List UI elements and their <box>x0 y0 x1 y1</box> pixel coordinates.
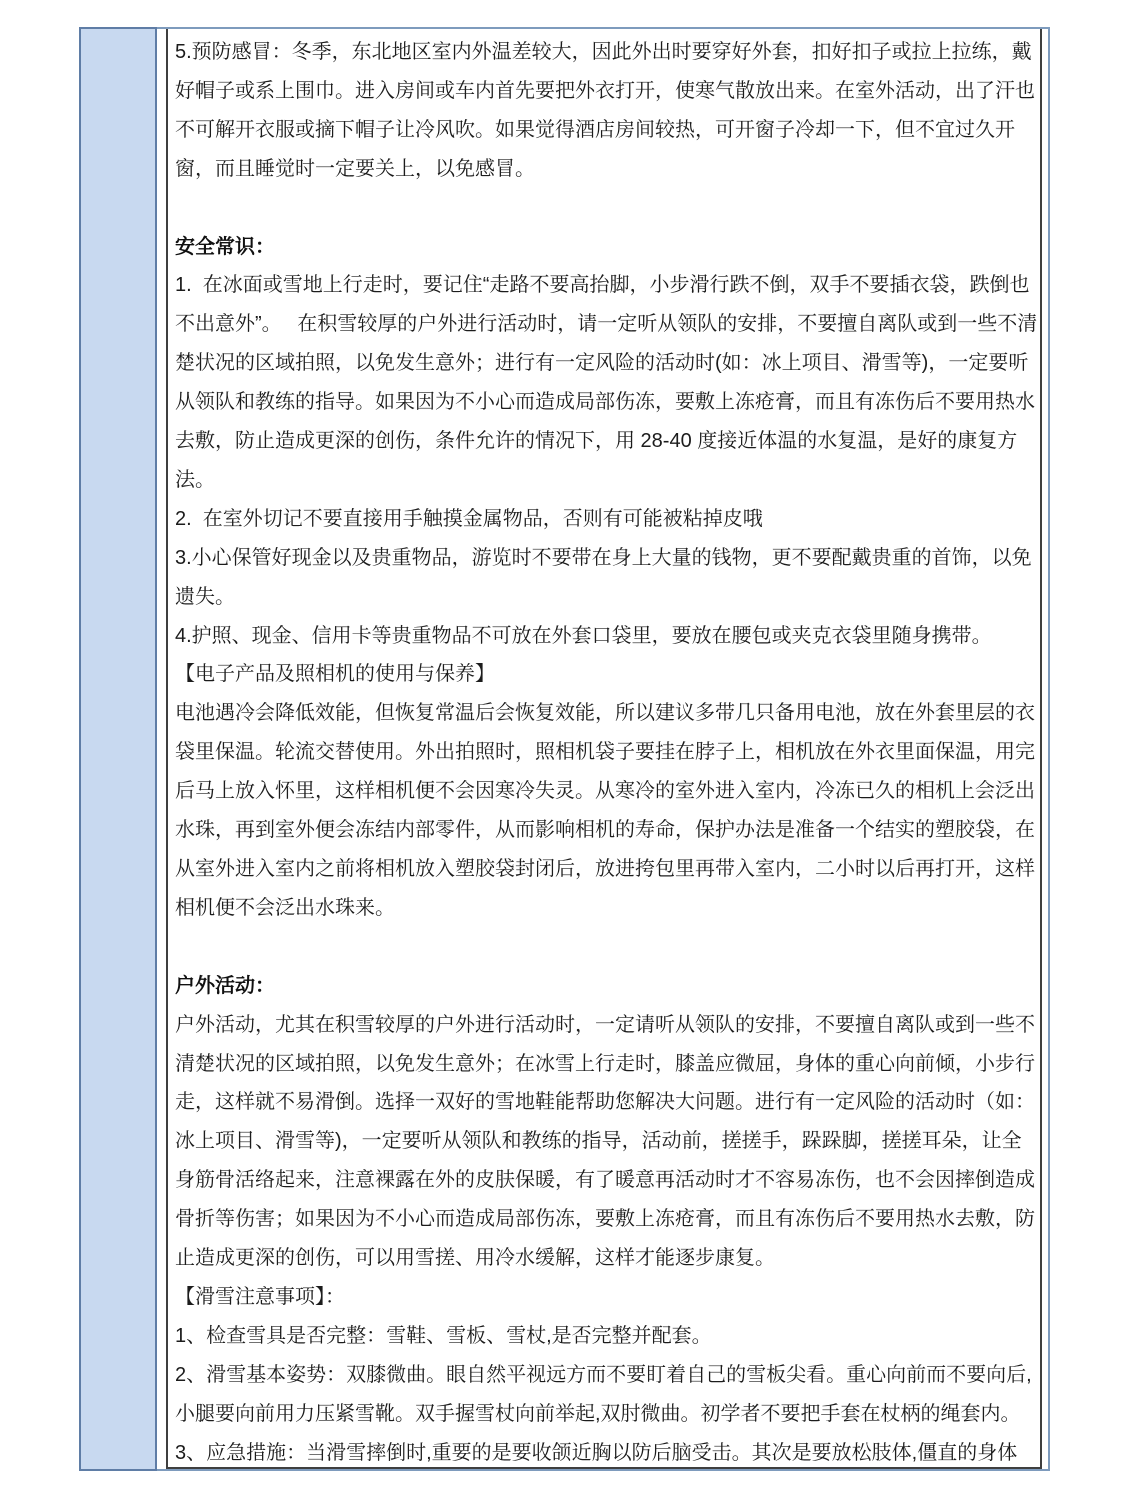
ski-item-3: 3、应急措施：当滑雪摔倒时,重要的是要收颌近胸以防后脑受击。其次是要放松肢体,僵… <box>175 1434 1038 1469</box>
section-heading-safety-knowledge: 安全常识： <box>175 228 1038 267</box>
document-table: 5.预防感冒：冬季，东北地区室内外温差较大，因此外出时要穿好外套，扣好扣子或拉上… <box>79 27 1050 1471</box>
document-page: 5.预防感冒：冬季，东北地区室内外温差较大，因此外出时要穿好外套，扣好扣子或拉上… <box>0 0 1128 1485</box>
ski-item-2: 2、滑雪基本姿势：双膝微曲。眼自然平视远方而不要盯着自己的雪板尖看。重心向前而不… <box>175 1356 1038 1434</box>
paragraph-outdoor-activities: 户外活动，尤其在积雪较厚的户外进行活动时，一定请听从领队的安排，不要擅自离队或到… <box>175 1006 1038 1278</box>
paragraph-cold-prevention: 5.预防感冒：冬季，东北地区室内外温差较大，因此外出时要穿好外套，扣好扣子或拉上… <box>175 33 1038 189</box>
table-content-cell: 5.预防感冒：冬季，东北地区室内外温差较大，因此外出时要穿好外套，扣好扣子或拉上… <box>166 29 1042 1469</box>
paragraph-battery-camera-care: 电池遇冷会降低效能，但恢复常温后会恢复效能，所以建议多带几只备用电池，放在外套里… <box>175 694 1038 927</box>
safety-item-4: 4.护照、现金、信用卡等贵重物品不可放在外套口袋里，要放在腰包或夹克衣袋里随身携… <box>175 617 1038 656</box>
safety-item-2: 2. 在室外切记不要直接用手触摸金属物品，否则有可能被粘掉皮哦 <box>175 500 1038 539</box>
blank-line <box>175 928 1038 967</box>
safety-item-1: 1. 在冰面或雪地上行走时，要记住“走路不要高抬脚，小步滑行跌不倒，双手不要插衣… <box>175 266 1038 499</box>
bracket-heading-ski-notes: 【滑雪注意事项】： <box>175 1278 1038 1317</box>
bracket-heading-electronics-care: 【电子产品及照相机的使用与保养】 <box>175 655 1038 694</box>
section-heading-outdoor-activities: 户外活动： <box>175 967 1038 1006</box>
table-row-label-cell <box>79 27 157 1471</box>
safety-item-3: 3.小心保管好现金以及贵重物品，游览时不要带在身上大量的钱物，更不要配戴贵重的首… <box>175 539 1038 617</box>
ski-item-1: 1、检查雪具是否完整：雪鞋、雪板、雪杖,是否完整并配套。 <box>175 1317 1038 1356</box>
blank-line <box>175 189 1038 228</box>
